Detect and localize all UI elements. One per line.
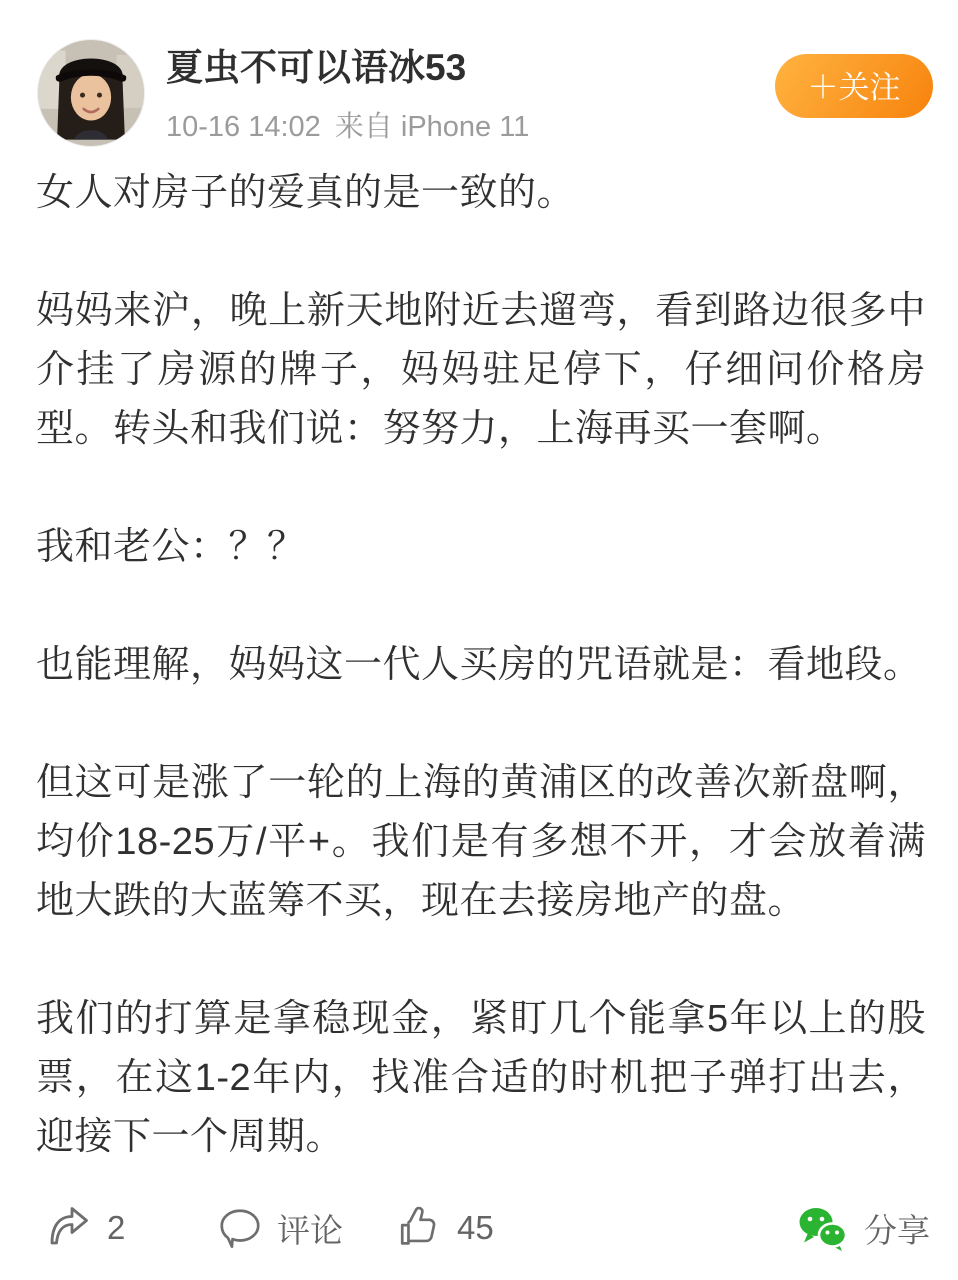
timestamp: 10-16 14:02	[166, 111, 321, 143]
post-paragraph: 我和老公：？？	[36, 518, 926, 577]
comment-bubble-icon	[216, 1203, 264, 1253]
share-label: 分享	[864, 1205, 930, 1252]
repost-count: 2	[107, 1209, 125, 1247]
post-meta: 10-16 14:02来自 iPhone 11	[166, 104, 529, 145]
post-paragraph: 也能理解，妈妈这一代人买房的咒语就是：看地段。	[36, 636, 926, 695]
post-paragraph: 我们的打算是拿稳现金，紧盯几个能拿5年以上的股票，在这1-2年内，找准合适的时机…	[36, 990, 926, 1167]
share-button[interactable]: 分享	[795, 1196, 930, 1260]
user-block: 夏虫不可以语冰53 10-16 14:02来自 iPhone 11	[166, 48, 529, 145]
thumbs-up-icon	[396, 1203, 444, 1253]
like-count: 45	[457, 1209, 494, 1247]
wechat-icon	[795, 1203, 851, 1253]
username[interactable]: 夏虫不可以语冰53	[166, 48, 529, 89]
repost-arrow-icon	[40, 1203, 94, 1253]
avatar[interactable]	[38, 40, 144, 146]
comment-button[interactable]: 评论	[216, 1196, 343, 1260]
post-content: 女人对房子的爱真的是一致的。 妈妈来沪，晚上新天地附近去遛弯，看到路边很多中介挂…	[36, 164, 926, 1167]
post-paragraph: 女人对房子的爱真的是一致的。	[36, 164, 926, 223]
comment-label: 评论	[277, 1205, 343, 1252]
weibo-post-card: 夏虫不可以语冰53 10-16 14:02来自 iPhone 11 ＋关注 女人…	[0, 0, 958, 1280]
action-bar: 2 评论 45	[0, 1196, 958, 1270]
avatar-photo-illustration	[38, 40, 144, 146]
post-paragraph: 妈妈来沪，晚上新天地附近去遛弯，看到路边很多中介挂了房源的牌子，妈妈驻足停下，仔…	[36, 282, 926, 459]
like-button[interactable]: 45	[396, 1196, 494, 1260]
repost-button[interactable]: 2	[40, 1196, 125, 1260]
post-source: 来自 iPhone 11	[335, 111, 530, 143]
post-paragraph: 但这可是涨了一轮的上海的黄浦区的改善次新盘啊，均价18-25万/平+。我们是有多…	[36, 754, 926, 931]
follow-button[interactable]: ＋关注	[775, 54, 933, 118]
